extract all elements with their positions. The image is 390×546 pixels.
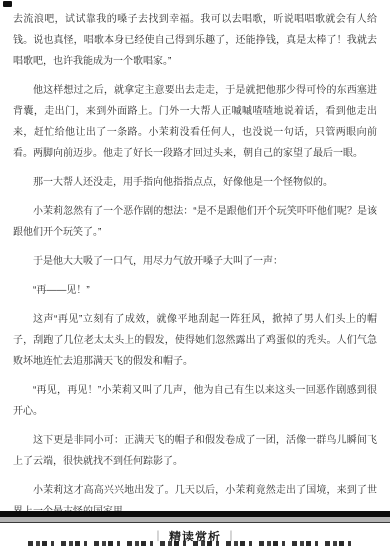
story-paragraph: “再——见！” [13,280,377,301]
book-page: 去流浪吧，试试靠我的嗓子去找到幸福。我可以去唱歌，听说唱唱歌就会有人给钱。说也真… [0,0,390,546]
story-paragraph: 去流浪吧，试试靠我的嗓子去找到幸福。我可以去唱歌，听说唱唱歌就会有人给钱。说也真… [13,9,377,72]
next-page-clipped-text [28,541,352,546]
corner-mark [3,1,12,7]
story-paragraph: 于是他大大吸了一口气，用尽力气放开嗓子大叫了一声： [13,251,377,272]
story-paragraph: “再见，再见！”小茉莉又叫了几声，他为自己有生以来这头一回恶作剧感到很开心。 [13,380,377,422]
story-paragraph: 小茉莉忽然有了一个恶作剧的想法：“是不是跟他们开个玩笑吓吓他们呢？是该跟他们开个… [13,201,377,243]
story-paragraph: 这声“再见”立刻有了成效，就像平地刮起一阵狂风，掀掉了男人们头上的帽子，刮跑了几… [13,309,377,372]
story-paragraph: 那一大帮人还没走，用手指向他指指点点，好像他是一个怪物似的。 [13,172,377,193]
story-text: 去流浪吧，试试靠我的嗓子去找到幸福。我可以去唱歌，听说唱唱歌就会有人给钱。说也真… [13,9,377,545]
page-divider-gray [0,517,390,523]
story-paragraph: 这下更是非同小可：正满天飞的帽子和假发卷成了一团，活像一群鸟儿瞬间飞上了云端，很… [13,430,377,472]
story-paragraph: 他这样想过之后，就拿定主意要出去走走，于是就把他那少得可怜的东西塞进背囊，走出门… [13,80,377,164]
